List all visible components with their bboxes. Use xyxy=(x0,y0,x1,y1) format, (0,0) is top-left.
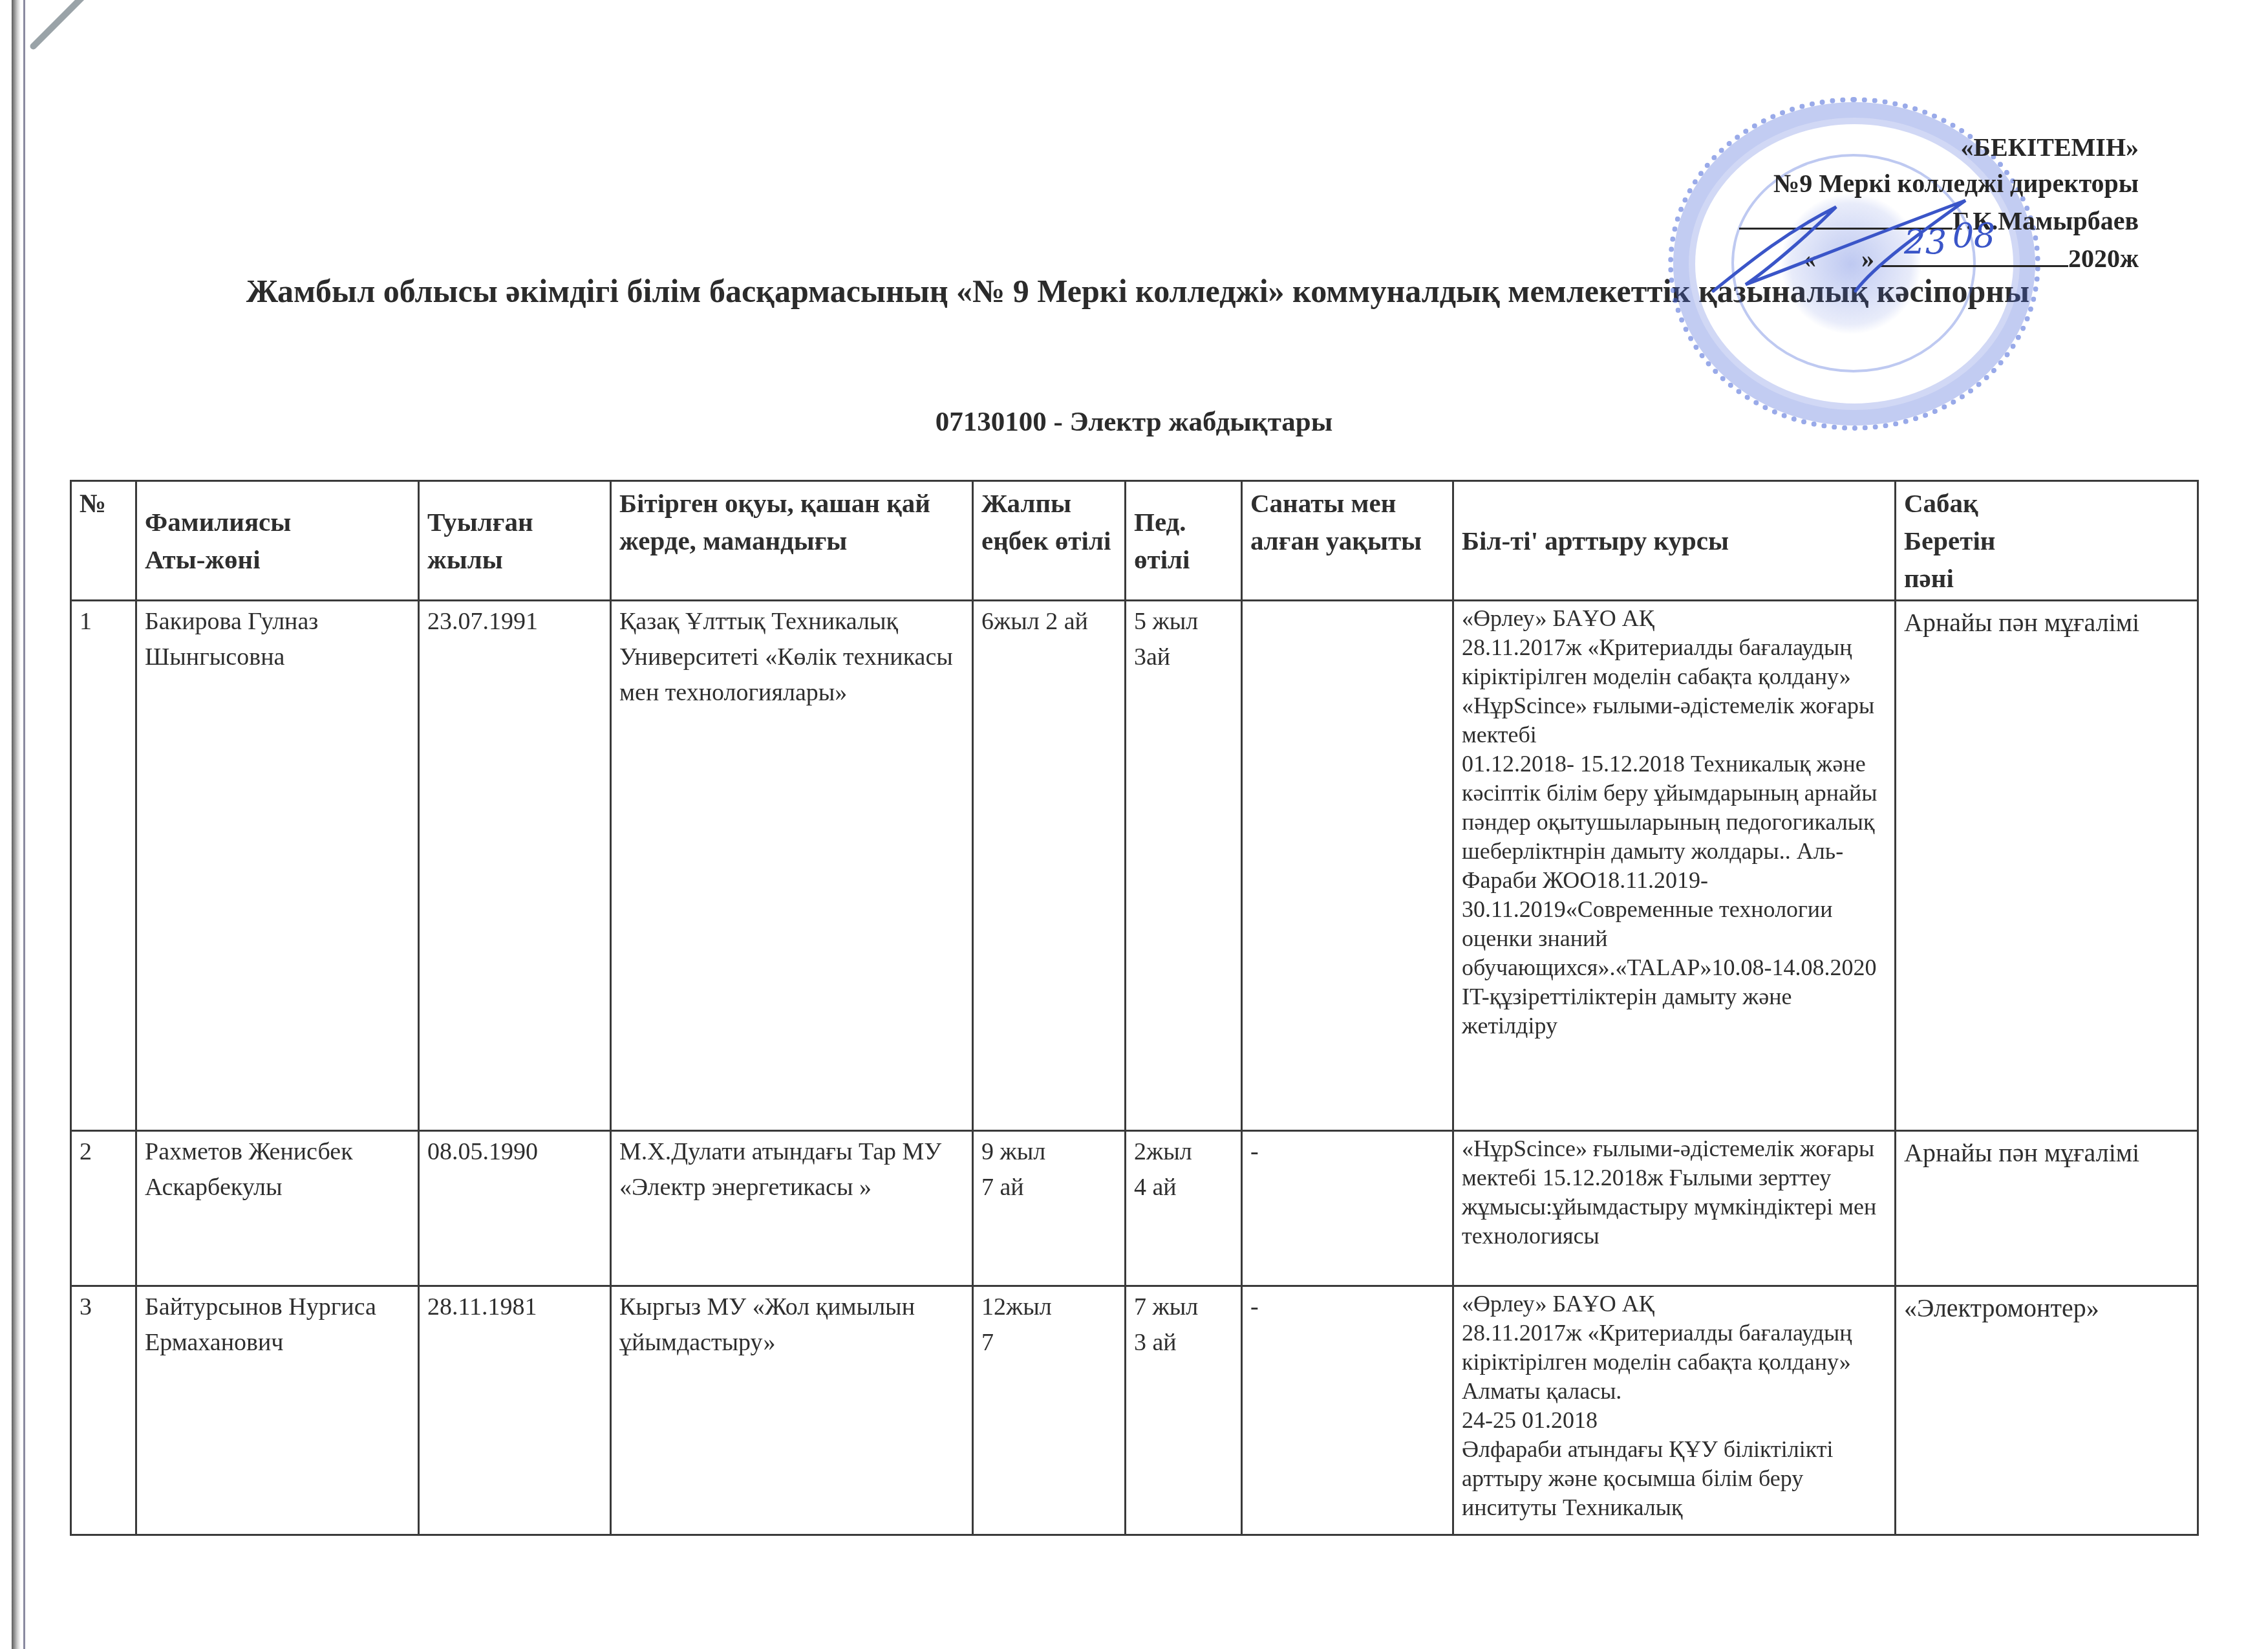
cell-number: 3 xyxy=(71,1286,136,1535)
header-ped-experience: Пед. өтілі xyxy=(1126,481,1242,601)
handwritten-day: 23 xyxy=(1904,223,1947,262)
header-birth-year: Туылған жылы xyxy=(419,481,611,601)
scan-edge-line xyxy=(23,0,25,1649)
cell-name: Бакирова Гулназ Шынгысовна xyxy=(136,601,419,1131)
cell-number: 1 xyxy=(71,601,136,1131)
cell-ped-experience: 7 жыл 3 ай xyxy=(1126,1286,1242,1535)
cell-total-experience: 9 жыл 7 ай xyxy=(973,1131,1126,1286)
staff-table: № Фамилиясы Аты-жөні Туылған жылы Бітірг… xyxy=(70,480,2199,1536)
cell-courses: «Өрлеу» БАҰО АҚ 28.11.2017ж «Критериалды… xyxy=(1453,1286,1896,1535)
header-full-name: Фамилиясы Аты-жөні xyxy=(136,481,419,601)
cell-name: Байтурсынов Нургиса Ермаханович xyxy=(136,1286,419,1535)
cell-birth: 23.07.1991 xyxy=(419,601,611,1131)
cell-courses: «Өрлеу» БАҰО АҚ 28.11.2017ж «Критериалды… xyxy=(1453,601,1896,1131)
cell-total-experience: 6жыл 2 ай xyxy=(973,601,1126,1131)
cell-subject: Арнайы пән мұғалімі xyxy=(1896,601,2198,1131)
approval-heading: «БЕКІТЕМІН» xyxy=(1739,129,2139,166)
scan-edge xyxy=(12,0,21,1649)
cell-education: Кыргыз МУ «Жол қимылын ұйымдастыру» xyxy=(611,1286,973,1535)
header-total-experience: Жалпы еңбек өтілі xyxy=(973,481,1126,601)
header-subject: Сабақ Беретін пәні xyxy=(1896,481,2198,601)
table-row: 2 Рахметов Женисбек Аскарбекулы 08.05.19… xyxy=(71,1131,2198,1286)
pencil-mark xyxy=(28,0,88,51)
cell-birth: 08.05.1990 xyxy=(419,1131,611,1286)
cell-name: Рахметов Женисбек Аскарбекулы xyxy=(136,1131,419,1286)
table-row: 1 Бакирова Гулназ Шынгысовна 23.07.1991 … xyxy=(71,601,2198,1131)
header-courses: Біл-ті' арттыру курсы xyxy=(1453,481,1896,601)
header-education: Бітірген оқуы, қашан қай жерде, мамандығ… xyxy=(611,481,973,601)
cell-ped-experience: 5 жыл 3ай xyxy=(1126,601,1242,1131)
header-category: Санаты мен алған уақыты xyxy=(1242,481,1453,601)
cell-ped-experience: 2жыл 4 ай xyxy=(1126,1131,1242,1286)
cell-category: - xyxy=(1242,1131,1453,1286)
handwritten-month: 08 xyxy=(1952,217,1995,255)
cell-birth: 28.11.1981 xyxy=(419,1286,611,1535)
table-header-row: № Фамилиясы Аты-жөні Туылған жылы Бітірг… xyxy=(71,481,2198,601)
cell-education: М.Х.Дулати атындағы Тар МУ «Электр энерг… xyxy=(611,1131,973,1286)
cell-total-experience: 12жыл 7 xyxy=(973,1286,1126,1535)
cell-number: 2 xyxy=(71,1131,136,1286)
cell-subject: Арнайы пән мұғалімі xyxy=(1896,1131,2198,1286)
cell-courses: «НұрScince» ғылыми-әдістемелік жоғары ме… xyxy=(1453,1131,1896,1286)
cell-subject: «Электромонтер» xyxy=(1896,1286,2198,1535)
cell-category xyxy=(1242,601,1453,1131)
approval-year: 2020ж xyxy=(2068,244,2139,273)
cell-category: - xyxy=(1242,1286,1453,1535)
table-row: 3 Байтурсынов Нургиса Ермаханович 28.11.… xyxy=(71,1286,2198,1535)
header-number: № xyxy=(71,481,136,601)
cell-education: Қазақ Ұлттық Техникалық Университеті «Кө… xyxy=(611,601,973,1131)
